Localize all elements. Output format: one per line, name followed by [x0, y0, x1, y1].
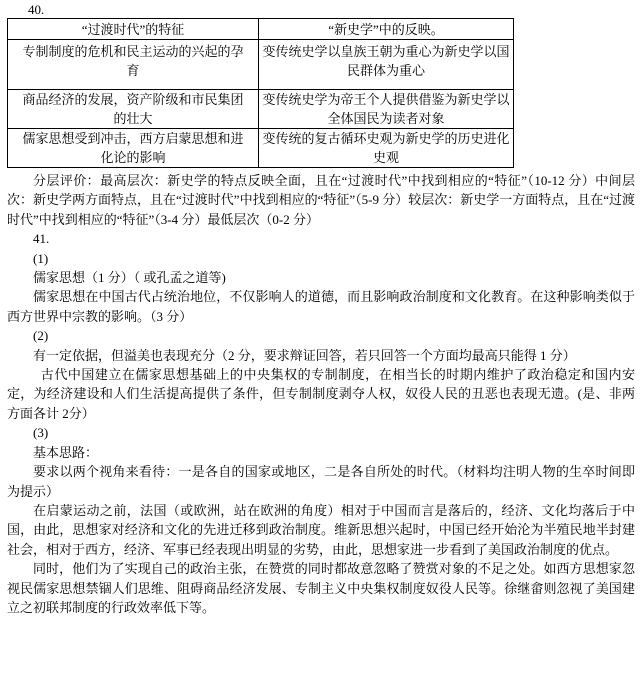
sub-question-1-label: (1) [7, 249, 635, 268]
document-page: 40. “过渡时代”的特征 “新史学”中的反映。 专制制度的危机和民主运动的兴起… [0, 0, 642, 689]
answer-3-heading: 基本思路： [7, 443, 635, 462]
comparison-table: “过渡时代”的特征 “新史学”中的反映。 专制制度的危机和民主运动的兴起的孕育 … [7, 18, 514, 168]
answer-2-short: 有一定依据，但溢美也表现充分（2 分，要求辩证回答，若只回答一个方面均最高只能得… [7, 346, 635, 365]
table-header-new-history: “新史学”中的反映。 [259, 19, 514, 40]
sub-question-2-label: (2) [7, 326, 635, 345]
table-row: 商品经济的发展，资产阶级和市民集团的壮大 变传统史学为帝王个人提供借鉴为新史学以… [8, 90, 514, 129]
table-cell: 专制制度的危机和民主运动的兴起的孕育 [8, 40, 259, 90]
table-row: 专制制度的危机和民主运动的兴起的孕育 变传统史学以皇族王朝为重心为新史学以国民群… [8, 40, 514, 90]
grading-criteria-paragraph: 分层评价：最高层次：新史学的特点反映全面，且在“过渡时代”中找到相应的“特征”（… [7, 171, 635, 229]
answer-1-explanation: 儒家思想在中国古代占统治地位，不仅影响人的道德，而且影响政治制度和文化教育。在这… [7, 287, 635, 326]
answer-3-paragraph-2: 同时，他们为了实现自己的政治主张，在赞赏的同时都故意忽略了赞赏对象的不足之处。如… [7, 559, 635, 617]
table-header-transition-era: “过渡时代”的特征 [8, 19, 259, 40]
answer-3-paragraph-1: 在启蒙运动之前，法国（或欧洲，站在欧洲的角度）相对于中国而言是落后的，经济、文化… [7, 501, 635, 559]
table-cell: 变传统史学以皇族王朝为重心为新史学以国民群体为重心 [259, 40, 514, 90]
table-row: 儒家思想受到冲击，西方启蒙思想和进化论的影响 变传统的复古循环史观为新史学的历史… [8, 129, 514, 168]
question-40-label: 40. [7, 1, 635, 18]
answer-2-explanation: 古代中国建立在儒家思想基础上的中央集权的专制制度，在相当长的时期内维护了政治稳定… [7, 365, 635, 423]
table-cell: 变传统史学为帝王个人提供借鉴为新史学以全体国民为读者对象 [259, 90, 514, 129]
question-41-label: 41. [7, 229, 635, 248]
table-header-row: “过渡时代”的特征 “新史学”中的反映。 [8, 19, 514, 40]
answer-1-short: 儒家思想（1 分）（ 或孔孟之道等) [7, 268, 635, 287]
table-cell: 商品经济的发展，资产阶级和市民集团的壮大 [8, 90, 259, 129]
table-cell: 儒家思想受到冲击，西方启蒙思想和进化论的影响 [8, 129, 259, 168]
answer-3-approach: 要求以两个视角来看待：一是各自的国家或地区，二是各自所处的时代。（材料均注明人物… [7, 462, 635, 501]
sub-question-3-label: (3) [7, 423, 635, 442]
table-cell: 变传统的复古循环史观为新史学的历史进化史观 [259, 129, 514, 168]
